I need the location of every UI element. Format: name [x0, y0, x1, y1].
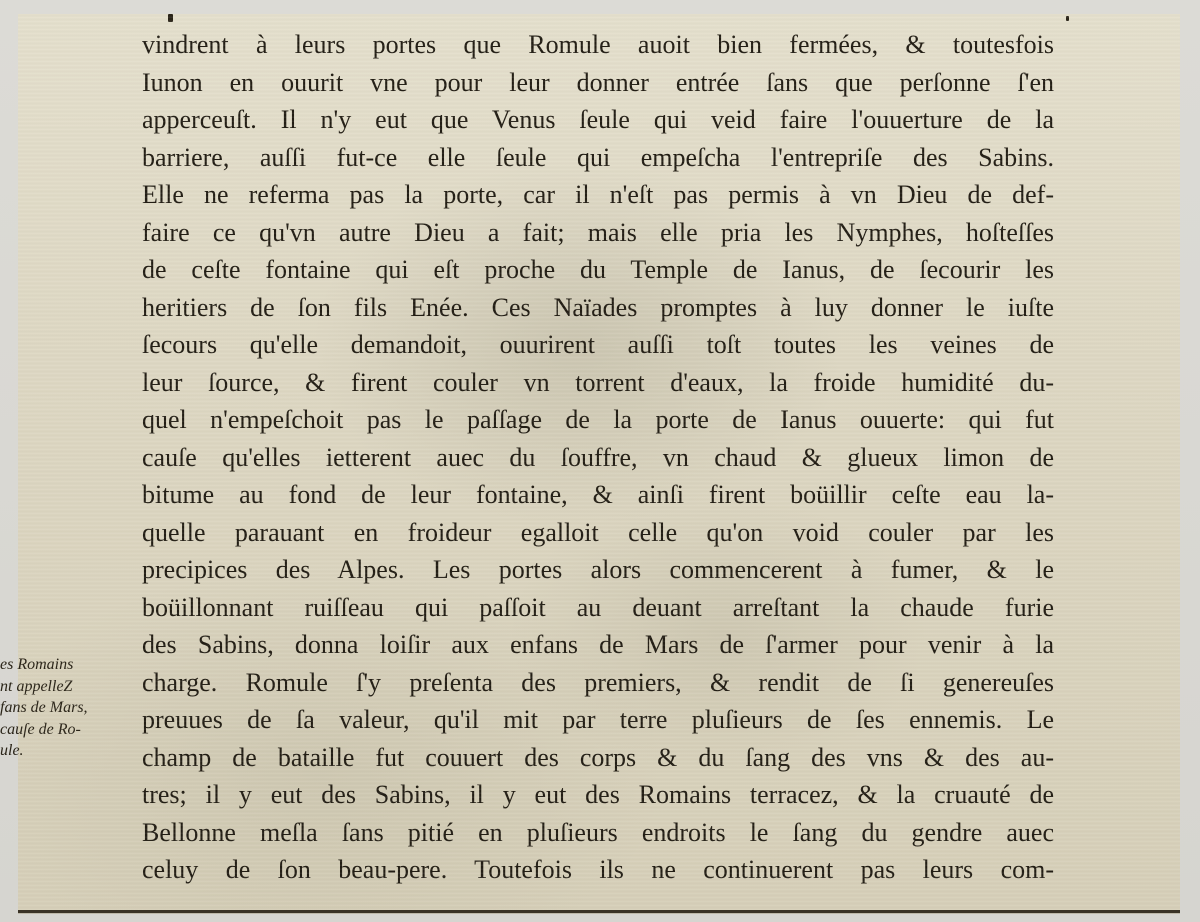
- margin-note: es Romains nt appelleZ fans de Mars, cau…: [0, 654, 130, 762]
- text-line: des Sabins, donna loiſir aux enfans de M…: [142, 628, 1054, 662]
- margin-note-line: nt appelleZ: [0, 676, 130, 698]
- text-line: boüillonnant ruiſſeau qui paſſoit au deu…: [142, 591, 1054, 625]
- text-line: de ceſte fontaine qui eſt proche du Temp…: [142, 253, 1054, 287]
- text-line: barriere, auſſi fut-ce elle ſeule qui em…: [142, 141, 1054, 175]
- photo-scene: es Romains nt appelleZ fans de Mars, cau…: [0, 0, 1200, 922]
- text-line: precipices des Alpes. Les portes alors c…: [142, 553, 1054, 587]
- text-line: Iunon en ouurit vne pour leur donner ent…: [142, 66, 1054, 100]
- text-line: ſecours qu'elle demandoit, ouurirent auſ…: [142, 328, 1054, 362]
- text-line: heritiers de ſon fils Enée. Ces Naïades …: [142, 291, 1054, 325]
- margin-note-line: ule.: [0, 740, 130, 762]
- cut-off-glyph: [1066, 16, 1069, 21]
- cut-off-glyph: [168, 14, 173, 22]
- text-line: faire ce qu'vn autre Dieu a fait; mais e…: [142, 216, 1054, 250]
- text-line: Bellonne meſla ſans pitié en pluſieurs e…: [142, 816, 1054, 850]
- text-line: quelle parauant en froideur egalloit cel…: [142, 516, 1054, 550]
- text-line: bitume au fond de leur fontaine, & ainſi…: [142, 478, 1054, 512]
- book-page: es Romains nt appelleZ fans de Mars, cau…: [18, 14, 1180, 913]
- text-line: quel n'empeſchoit pas le paſſage de la p…: [142, 403, 1054, 437]
- text-line: charge. Romule ſ'y preſenta des premiers…: [142, 666, 1054, 700]
- text-line: preuues de ſa valeur, qu'il mit par terr…: [142, 703, 1054, 737]
- text-line: cauſe qu'elles ietterent auec du ſouffre…: [142, 441, 1054, 475]
- margin-note-line: cauſe de Ro-: [0, 719, 130, 741]
- margin-note-line: es Romains: [0, 654, 130, 676]
- margin-note-line: fans de Mars,: [0, 697, 130, 719]
- text-line: leur ſource, & firent couler vn torrent …: [142, 366, 1054, 400]
- text-line: Elle ne referma pas la porte, car il n'e…: [142, 178, 1054, 212]
- text-line: apperceuſt. Il n'y eut que Venus ſeule q…: [142, 103, 1054, 137]
- text-line: tres; il y eut des Sabins, il y eut des …: [142, 778, 1054, 812]
- text-line: champ de bataille fut couuert des corps …: [142, 741, 1054, 775]
- text-line: celuy de ſon beau-pere. Toutefois ils ne…: [142, 853, 1054, 887]
- text-line: vindrent à leurs portes que Romule auoit…: [142, 28, 1054, 62]
